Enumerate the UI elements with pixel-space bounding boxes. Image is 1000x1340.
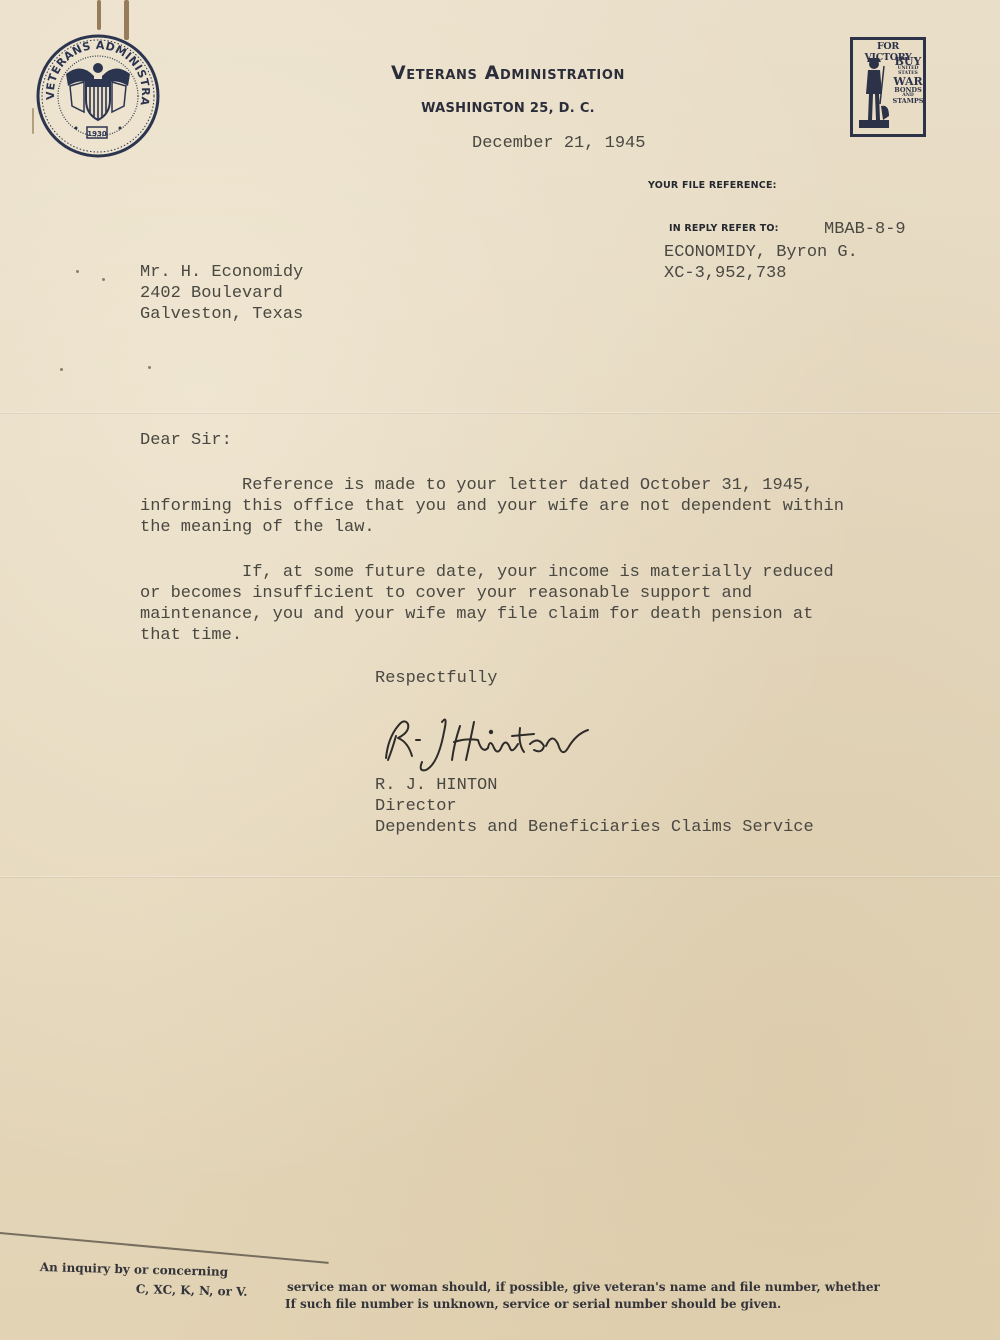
salutation: Dear Sir: (140, 430, 232, 451)
fold-line (0, 876, 1000, 878)
minuteman-war-bonds-icon: FOR VICTORY BUY UNITED STATES WAR BONDS … (850, 37, 926, 137)
closing: Respectfully (375, 668, 497, 689)
signer-department: Dependents and Beneficiaries Claims Serv… (375, 817, 814, 838)
fold-line (0, 412, 1000, 414)
letter-date: December 21, 1945 (472, 133, 645, 154)
signer-title: Director (375, 796, 457, 817)
reply-code: MBAB-8-9 (824, 219, 906, 240)
ink-speck (76, 270, 79, 273)
organization-title: Veterans Administration (8, 62, 1000, 84)
veteran-name: ECONOMIDY, Byron G. (664, 242, 858, 263)
your-file-reference-label: YOUR FILE REFERENCE: (648, 180, 777, 191)
letter-paper (0, 0, 1000, 1340)
ink-speck (60, 368, 63, 371)
footer-line-1-right: service man or woman should, if possible… (287, 1280, 880, 1294)
file-number: XC-3,952,738 (664, 263, 786, 284)
body-line: informing this office that you and your … (140, 496, 844, 517)
signer-name: R. J. HINTON (375, 775, 497, 796)
veterans-administration-seal-icon: VETERANS ADMINISTRATION 1930 (36, 34, 160, 158)
rust-stain (97, 0, 101, 30)
body-line: the meaning of the law. (140, 517, 375, 538)
body-line: that time. (140, 625, 242, 646)
body-line: Reference is made to your letter dated O… (140, 475, 813, 496)
body-line: or becomes insufficient to cover your re… (140, 583, 752, 604)
recipient-line: Galveston, Texas (140, 304, 303, 325)
ink-speck (148, 366, 151, 369)
svg-text:1930: 1930 (87, 130, 107, 138)
body-line: If, at some future date, your income is … (140, 562, 834, 583)
recipient-line: Mr. H. Economidy (140, 262, 303, 283)
organization-address: WASHINGTON 25, D. C. (8, 101, 1000, 116)
footer-line-2-left: C, XC, K, N, or V. (136, 1282, 248, 1299)
body-line: maintenance, you and your wife may file … (140, 604, 813, 625)
ink-speck (102, 278, 105, 281)
recipient-line: 2402 Boulevard (140, 283, 283, 304)
footer-line-2-right: If such file number is unknown, service … (285, 1297, 781, 1311)
handwritten-signature (378, 708, 608, 778)
reply-refer-label: IN REPLY REFER TO: (669, 223, 779, 234)
